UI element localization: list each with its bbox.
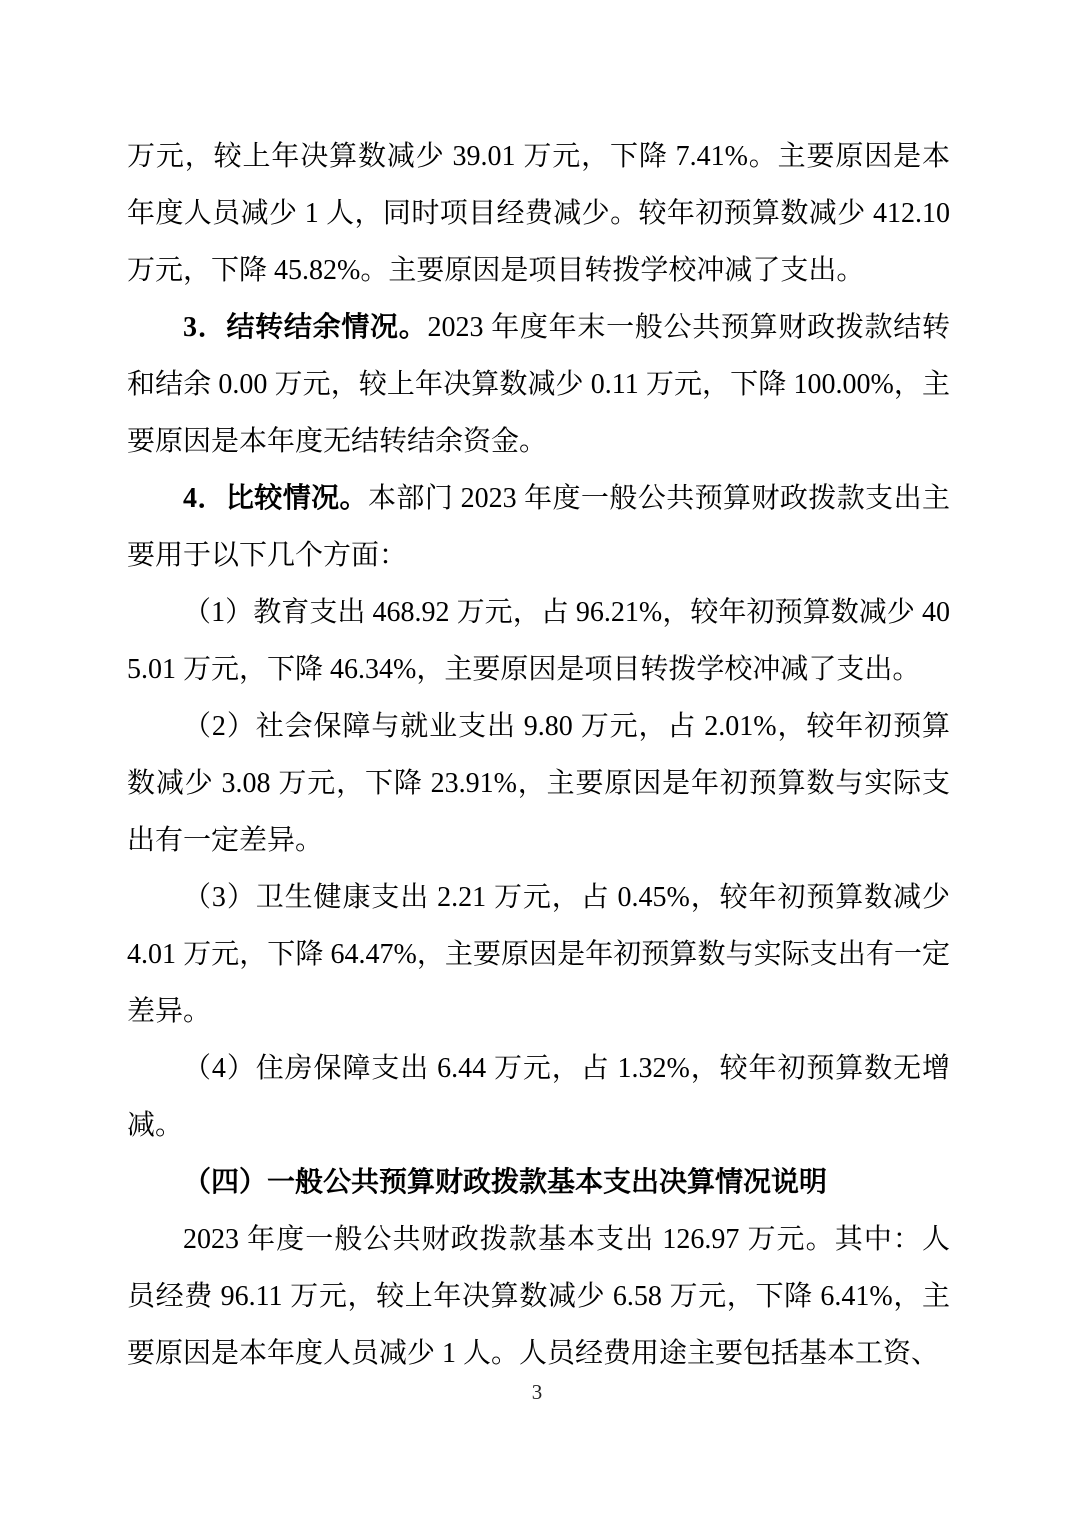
paragraph-text: （4）住房保障支出 6.44 万元，占 1.32%，较年初预算数无增减。 [127,1053,950,1141]
paragraph-text: （2）社会保障与就业支出 9.80 万元，占 2.01%，较年初预算数减少 3.… [127,711,950,856]
paragraph-bold-lead: （四）一般公共预算财政拨款基本支出决算情况说明 [183,1167,827,1198]
heading-section-four-basic-expenditure: （四）一般公共预算财政拨款基本支出决算情况说明 [127,1154,950,1211]
para-social-security-employment-expenditure: （2）社会保障与就业支出 9.80 万元，占 2.01%，较年初预算数减少 3.… [127,698,950,869]
paragraph-text: 万元，较上年决算数减少 39.01 万元，下降 7.41%。主要原因是本年度人员… [127,141,950,286]
paragraph-bold-lead: 4．比较情况。 [183,483,368,514]
para-education-expenditure: （1）教育支出 468.92 万元，占 96.21%，较年初预算数减少 405.… [127,584,950,698]
para-basic-expenditure-detail: 2023 年度一般公共财政拨款基本支出 126.97 万元。其中：人员经费 96… [127,1211,950,1382]
paragraph-bold-lead: 3．结转结余情况。 [183,312,427,343]
para-comparison-intro: 4．比较情况。本部门 2023 年度一般公共预算财政拨款支出主要用于以下几个方面… [127,470,950,584]
document-page: 万元，较上年决算数减少 39.01 万元，下降 7.41%。主要原因是本年度人员… [0,0,1074,1520]
paragraph-text: 2023 年度一般公共财政拨款基本支出 126.97 万元。其中：人员经费 96… [127,1224,950,1369]
para-housing-expenditure: （4）住房保障支出 6.44 万元，占 1.32%，较年初预算数无增减。 [127,1040,950,1154]
para-health-expenditure: （3）卫生健康支出 2.21 万元，占 0.45%，较年初预算数减少 4.01 … [127,869,950,1040]
para-prev-page-continuation: 万元，较上年决算数减少 39.01 万元，下降 7.41%。主要原因是本年度人员… [127,128,950,299]
paragraph-text: （3）卫生健康支出 2.21 万元，占 0.45%，较年初预算数减少 4.01 … [127,882,950,1027]
paragraph-text: （1）教育支出 468.92 万元，占 96.21%，较年初预算数减少 405.… [127,597,950,685]
para-carryover-balance: 3．结转结余情况。2023 年度年末一般公共预算财政拨款结转和结余 0.00 万… [127,299,950,470]
document-body: 万元，较上年决算数减少 39.01 万元，下降 7.41%。主要原因是本年度人员… [127,128,950,1382]
page-number: 3 [0,1378,1074,1406]
